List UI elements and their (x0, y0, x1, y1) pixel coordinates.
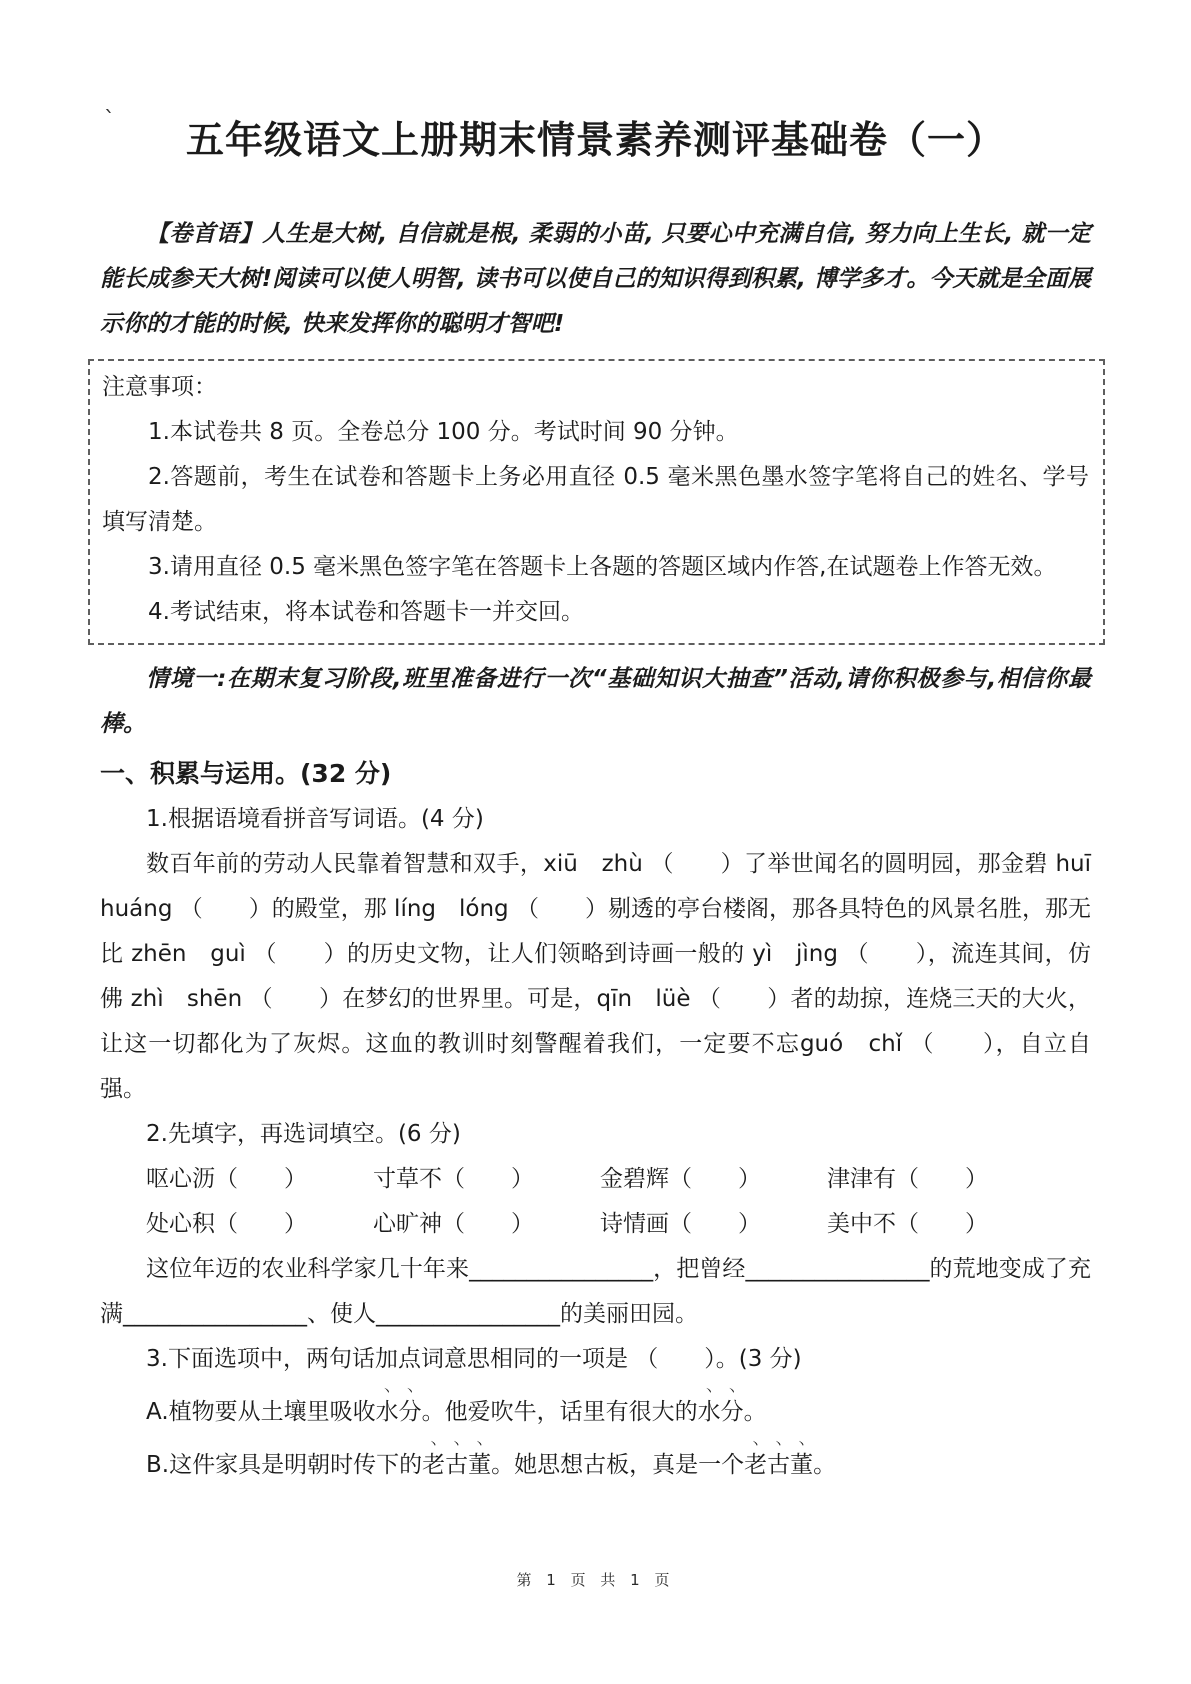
page-footer: 第 1 页 共 1 页 (0, 1569, 1191, 1590)
notice-item-4: 4.考试结束，将本试卷和答题卡一并交回。 (102, 590, 1089, 635)
option-b-text: 。她思想古板，真是一个 (491, 1452, 744, 1478)
option-b-text: 。 (813, 1452, 836, 1478)
word-fill-cell: 呕心沥（ ） (146, 1157, 373, 1202)
word-fill-cell: 金碧辉（ ） (600, 1157, 827, 1202)
exam-paper-page: ` 五年级语文上册期末情景素养测评基础卷（一） 【卷首语】人生是大树, 自信就是… (0, 0, 1191, 1684)
corner-mark: ` (104, 108, 115, 133)
option-a-text: 。 (744, 1399, 767, 1425)
page-title: 五年级语文上册期末情景素养测评基础卷（一） (100, 112, 1091, 168)
word-fill-row-1: 呕心沥（ ） 寸草不（ ） 金碧辉（ ） 津津有（ ） (146, 1157, 1091, 1202)
question-3-option-b: B.这件家具是明朝时传下的老古董。她思想古板，真是一个老古董。 (100, 1435, 1091, 1488)
option-a-text: A.植物要从土壤里吸收 (146, 1399, 376, 1425)
notice-item-3: 3.请用直径 0.5 毫米黑色签字笔在答题卡上各题的答题区域内作答,在试题卷上作… (102, 545, 1089, 590)
section-heading: 一、积累与运用。(32 分) (100, 751, 1091, 797)
word-fill-row-2: 处心积（ ） 心旷神（ ） 诗情画（ ） 美中不（ ） (146, 1202, 1091, 1247)
option-b-emphasized-word: 老古董 (422, 1452, 491, 1478)
word-fill-cell: 诗情画（ ） (600, 1202, 827, 1247)
notice-item-1: 1.本试卷共 8 页。全卷总分 100 分。考试时间 90 分钟。 (102, 410, 1089, 455)
option-a-text: 。他爱吹牛，话里有很大的 (422, 1399, 698, 1425)
word-fill-cell: 心旷神（ ） (373, 1202, 600, 1247)
question-1-title: 1.根据语境看拼音写词语。(4 分) (100, 797, 1091, 842)
notice-item-2: 2.答题前，考生在试卷和答题卡上务必用直径 0.5 毫米黑色墨水签字笔将自己的姓… (102, 455, 1089, 545)
question-2-sentence: 这位年迈的农业科学家几十年来________________，把曾经______… (100, 1247, 1091, 1337)
notice-title: 注意事项： (102, 365, 1089, 410)
option-a-emphasized-word: 水分 (698, 1399, 744, 1425)
word-fill-cell: 津津有（ ） (827, 1157, 1054, 1202)
option-b-text: B.这件家具是明朝时传下的 (146, 1452, 422, 1478)
question-1-passage: 数百年前的劳动人民靠着智慧和双手，xiū zhù （ ）了举世闻名的圆明园，那金… (100, 842, 1091, 1112)
word-fill-cell: 处心积（ ） (146, 1202, 373, 1247)
word-fill-cell: 美中不（ ） (827, 1202, 1054, 1247)
word-fill-cell: 寸草不（ ） (373, 1157, 600, 1202)
notice-box: 注意事项： 1.本试卷共 8 页。全卷总分 100 分。考试时间 90 分钟。 … (88, 359, 1105, 645)
option-b-emphasized-word: 老古董 (744, 1452, 813, 1478)
question-3-title: 3.下面选项中，两句话加点词意思相同的一项是 （ ）。(3 分) (100, 1337, 1091, 1382)
scenario-paragraph: 情境一:在期末复习阶段,班里准备进行一次“基础知识大抽查”活动,请你积极参与,相… (100, 657, 1091, 747)
question-3-option-a: A.植物要从土壤里吸收水分。他爱吹牛，话里有很大的水分。 (100, 1382, 1091, 1435)
question-2-title: 2.先填字，再选词填空。(6 分) (100, 1112, 1091, 1157)
preface-paragraph: 【卷首语】人生是大树, 自信就是根, 柔弱的小苗, 只要心中充满自信, 努力向上… (100, 212, 1091, 347)
option-a-emphasized-word: 水分 (376, 1399, 422, 1425)
